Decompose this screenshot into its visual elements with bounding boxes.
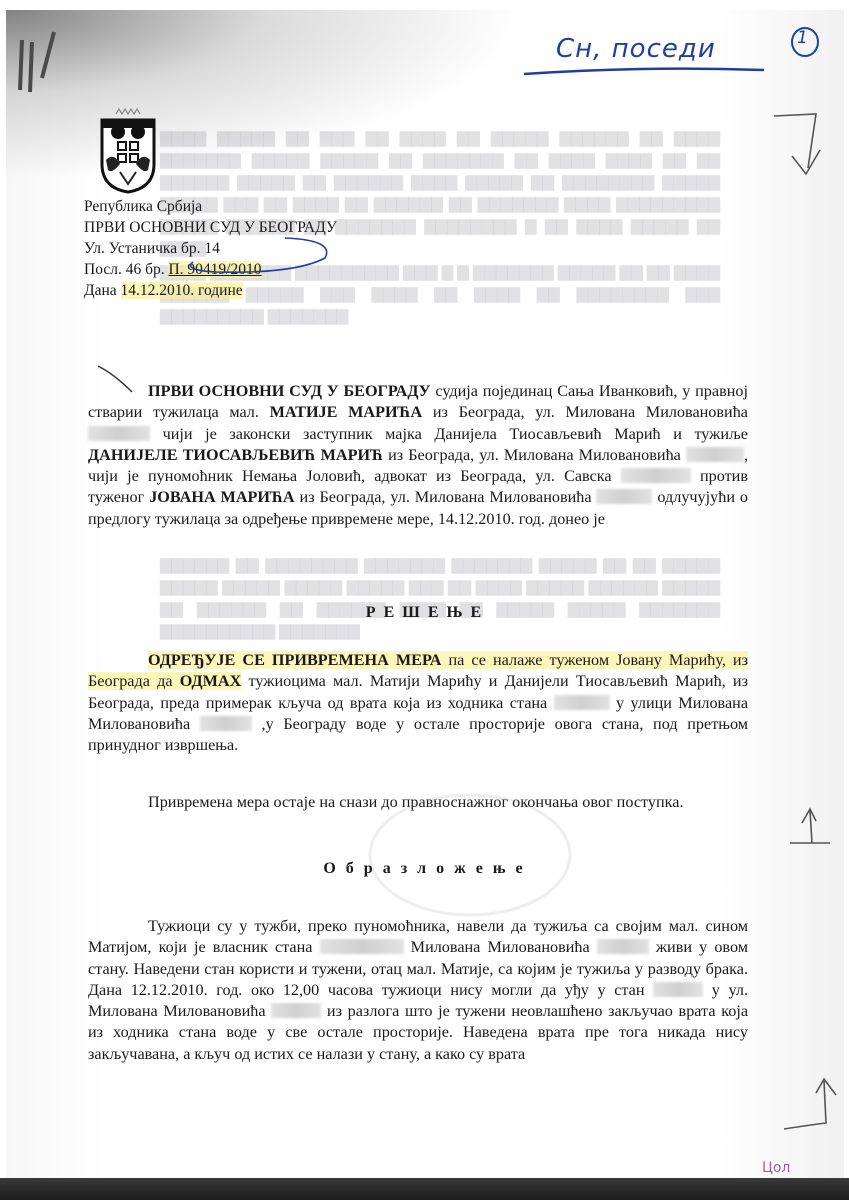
faint-stamp (360, 790, 580, 920)
redacted-address (653, 982, 703, 997)
country-name: Република Србија (84, 196, 337, 217)
reasoning-paragraph: Тужиоци су у тужби, преко пуномоћника, н… (88, 916, 748, 1065)
handwritten-arrow-up-icon (780, 1075, 840, 1135)
handwritten-circle-around-case-number (175, 228, 345, 276)
redacted-address (597, 939, 649, 954)
redacted-address (554, 695, 610, 710)
handwritten-arrow-up-icon (778, 805, 838, 850)
handwritten-roman-numeral-mark (14, 20, 64, 95)
ruling-date: 14.12.2010. (121, 282, 195, 299)
handwritten-underline (520, 58, 770, 78)
serbian-coat-of-arms-icon (98, 104, 158, 194)
date-line: Дана 14.12.2010. године (84, 280, 337, 301)
intro-paragraph: ПРВИ ОСНОВНИ СУД У БЕОГРАДУ судија појед… (88, 381, 748, 530)
redacted-address (320, 939, 404, 954)
redacted-address (271, 1003, 321, 1018)
ruling-paragraph: ОДРЕЂУЈЕ СЕ ПРИВРЕМЕНА МЕРА па се налаже… (88, 650, 748, 756)
reasoning-heading: О б р а з л о ж е њ е (0, 860, 849, 878)
scanner-edge (0, 1178, 849, 1200)
redacted-address (200, 716, 252, 731)
redacted-address (686, 447, 744, 462)
handwritten-note-bottom: Цол (762, 1160, 790, 1176)
page-number: 1 (797, 28, 808, 48)
redacted-address (88, 426, 150, 441)
ruling-heading: Р Е Ш Е Њ Е (0, 604, 849, 622)
handwritten-arrow-down-icon (770, 110, 830, 185)
bleed-through-text: ▇▇▇▇▇▇ ▇▇ ▇▇▇▇▇▇▇▇ ▇▇▇▇▇▇▇ ▇▇▇▇▇▇▇ ▇▇▇▇▇… (160, 555, 720, 643)
redacted-address (621, 468, 691, 483)
redacted-address (596, 489, 652, 504)
